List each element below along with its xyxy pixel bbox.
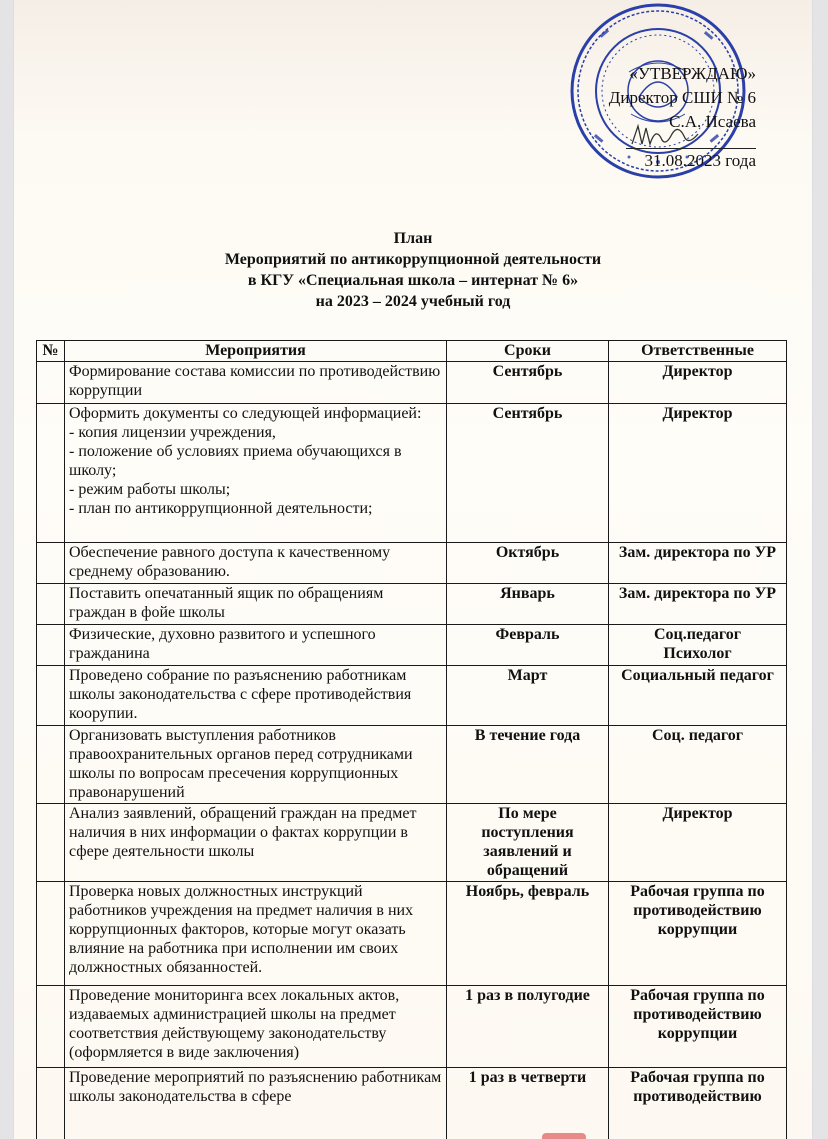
table-row: Проведение мероприятий по разъяснению ра… [37, 1068, 787, 1139]
row-responsible: Рабочая группа по противодействию корруп… [609, 882, 787, 986]
row-term: В течение года [447, 726, 609, 804]
row-number [37, 625, 65, 666]
header-terms: Сроки [447, 341, 609, 362]
row-term: Сентябрь [447, 362, 609, 404]
row-number [37, 584, 65, 625]
title-line-2: Мероприятий по антикоррупционной деятель… [14, 249, 812, 270]
row-term: Сентябрь [447, 404, 609, 543]
row-activity: Проведение мероприятий по разъяснению ра… [65, 1068, 447, 1139]
activities-table: № Мероприятия Сроки Ответственные Формир… [36, 340, 787, 1139]
approval-date: 31.08.2023 года [609, 149, 756, 173]
title-line-4: на 2023 – 2024 учебный год [14, 291, 812, 312]
title-line-3: в КГУ «Специальная школа – интернат № 6» [14, 270, 812, 291]
row-number [37, 1068, 65, 1139]
table-row: Проверка новых должностных инструкций ра… [37, 882, 787, 986]
row-number [37, 804, 65, 882]
row-responsible: Зам. директора по УР [609, 584, 787, 625]
row-term: Ноябрь, февраль [447, 882, 609, 986]
row-responsible: Соц.педагог Психолог [609, 625, 787, 666]
approval-block: «УТВЕРЖДАЮ» Директор СШИ № 6 С.А. Исаева… [609, 62, 756, 173]
row-activity: Поставить опечатанный ящик по обращениям… [65, 584, 447, 625]
row-term: Октябрь [447, 543, 609, 584]
row-responsible: Социальный педагог [609, 666, 787, 726]
title-line-1: План [14, 228, 812, 249]
document-title: План Мероприятий по антикоррупционной де… [14, 228, 812, 312]
row-number [37, 543, 65, 584]
bottom-marker [542, 1133, 586, 1139]
row-responsible: Директор [609, 404, 787, 543]
table-row: Формирование состава комиссии по противо… [37, 362, 787, 404]
row-number [37, 986, 65, 1068]
row-term: 1 раз в полугодие [447, 986, 609, 1068]
row-number [37, 882, 65, 986]
signature-line [626, 134, 756, 149]
row-responsible: Рабочая группа по противодействию [609, 1068, 787, 1139]
row-number [37, 404, 65, 543]
table-row: Организовать выступления работников прав… [37, 726, 787, 804]
document-page: «УТВЕРЖДАЮ» Директор СШИ № 6 С.А. Исаева… [14, 0, 812, 1139]
row-activity: Анализ заявлений, обращений граждан на п… [65, 804, 447, 882]
table-row: Проведение мониторинга всех локальных ак… [37, 986, 787, 1068]
table-row: Физические, духовно развитого и успешног… [37, 625, 787, 666]
row-responsible: Директор [609, 804, 787, 882]
row-term: Январь [447, 584, 609, 625]
row-number [37, 362, 65, 404]
row-activity: Проверка новых должностных инструкций ра… [65, 882, 447, 986]
row-activity: Физические, духовно развитого и успешног… [65, 625, 447, 666]
row-activity: Оформить документы со следующей информац… [65, 404, 447, 543]
row-activity: Обеспечение равного доступа к качественн… [65, 543, 447, 584]
row-term: 1 раз в четверти [447, 1068, 609, 1139]
row-activity: Проведено собрание по разъяснению работн… [65, 666, 447, 726]
approval-position: Директор СШИ № 6 [609, 86, 756, 110]
table-row: Обеспечение равного доступа к качественн… [37, 543, 787, 584]
table-body: Формирование состава комиссии по противо… [37, 362, 787, 1139]
table-row: Анализ заявлений, обращений граждан на п… [37, 804, 787, 882]
approval-label: «УТВЕРЖДАЮ» [609, 62, 756, 86]
row-responsible: Зам. директора по УР [609, 543, 787, 584]
row-responsible: Соц. педагог [609, 726, 787, 804]
row-number [37, 666, 65, 726]
table-row: Проведено собрание по разъяснению работн… [37, 666, 787, 726]
row-number [37, 726, 65, 804]
row-activity: Организовать выступления работников прав… [65, 726, 447, 804]
table-row: Поставить опечатанный ящик по обращениям… [37, 584, 787, 625]
header-number: № [37, 341, 65, 362]
row-term: Март [447, 666, 609, 726]
row-term: По мере поступления заявлений и обращени… [447, 804, 609, 882]
row-term: Февраль [447, 625, 609, 666]
row-responsible: Рабочая группа по противодействию корруп… [609, 986, 787, 1068]
row-activity: Проведение мониторинга всех локальных ак… [65, 986, 447, 1068]
header-responsible: Ответственные [609, 341, 787, 362]
table-header-row: № Мероприятия Сроки Ответственные [37, 341, 787, 362]
row-responsible: Директор [609, 362, 787, 404]
row-activity: Формирование состава комиссии по противо… [65, 362, 447, 404]
table-row: Оформить документы со следующей информац… [37, 404, 787, 543]
signature-icon [628, 122, 718, 148]
header-activities: Мероприятия [65, 341, 447, 362]
